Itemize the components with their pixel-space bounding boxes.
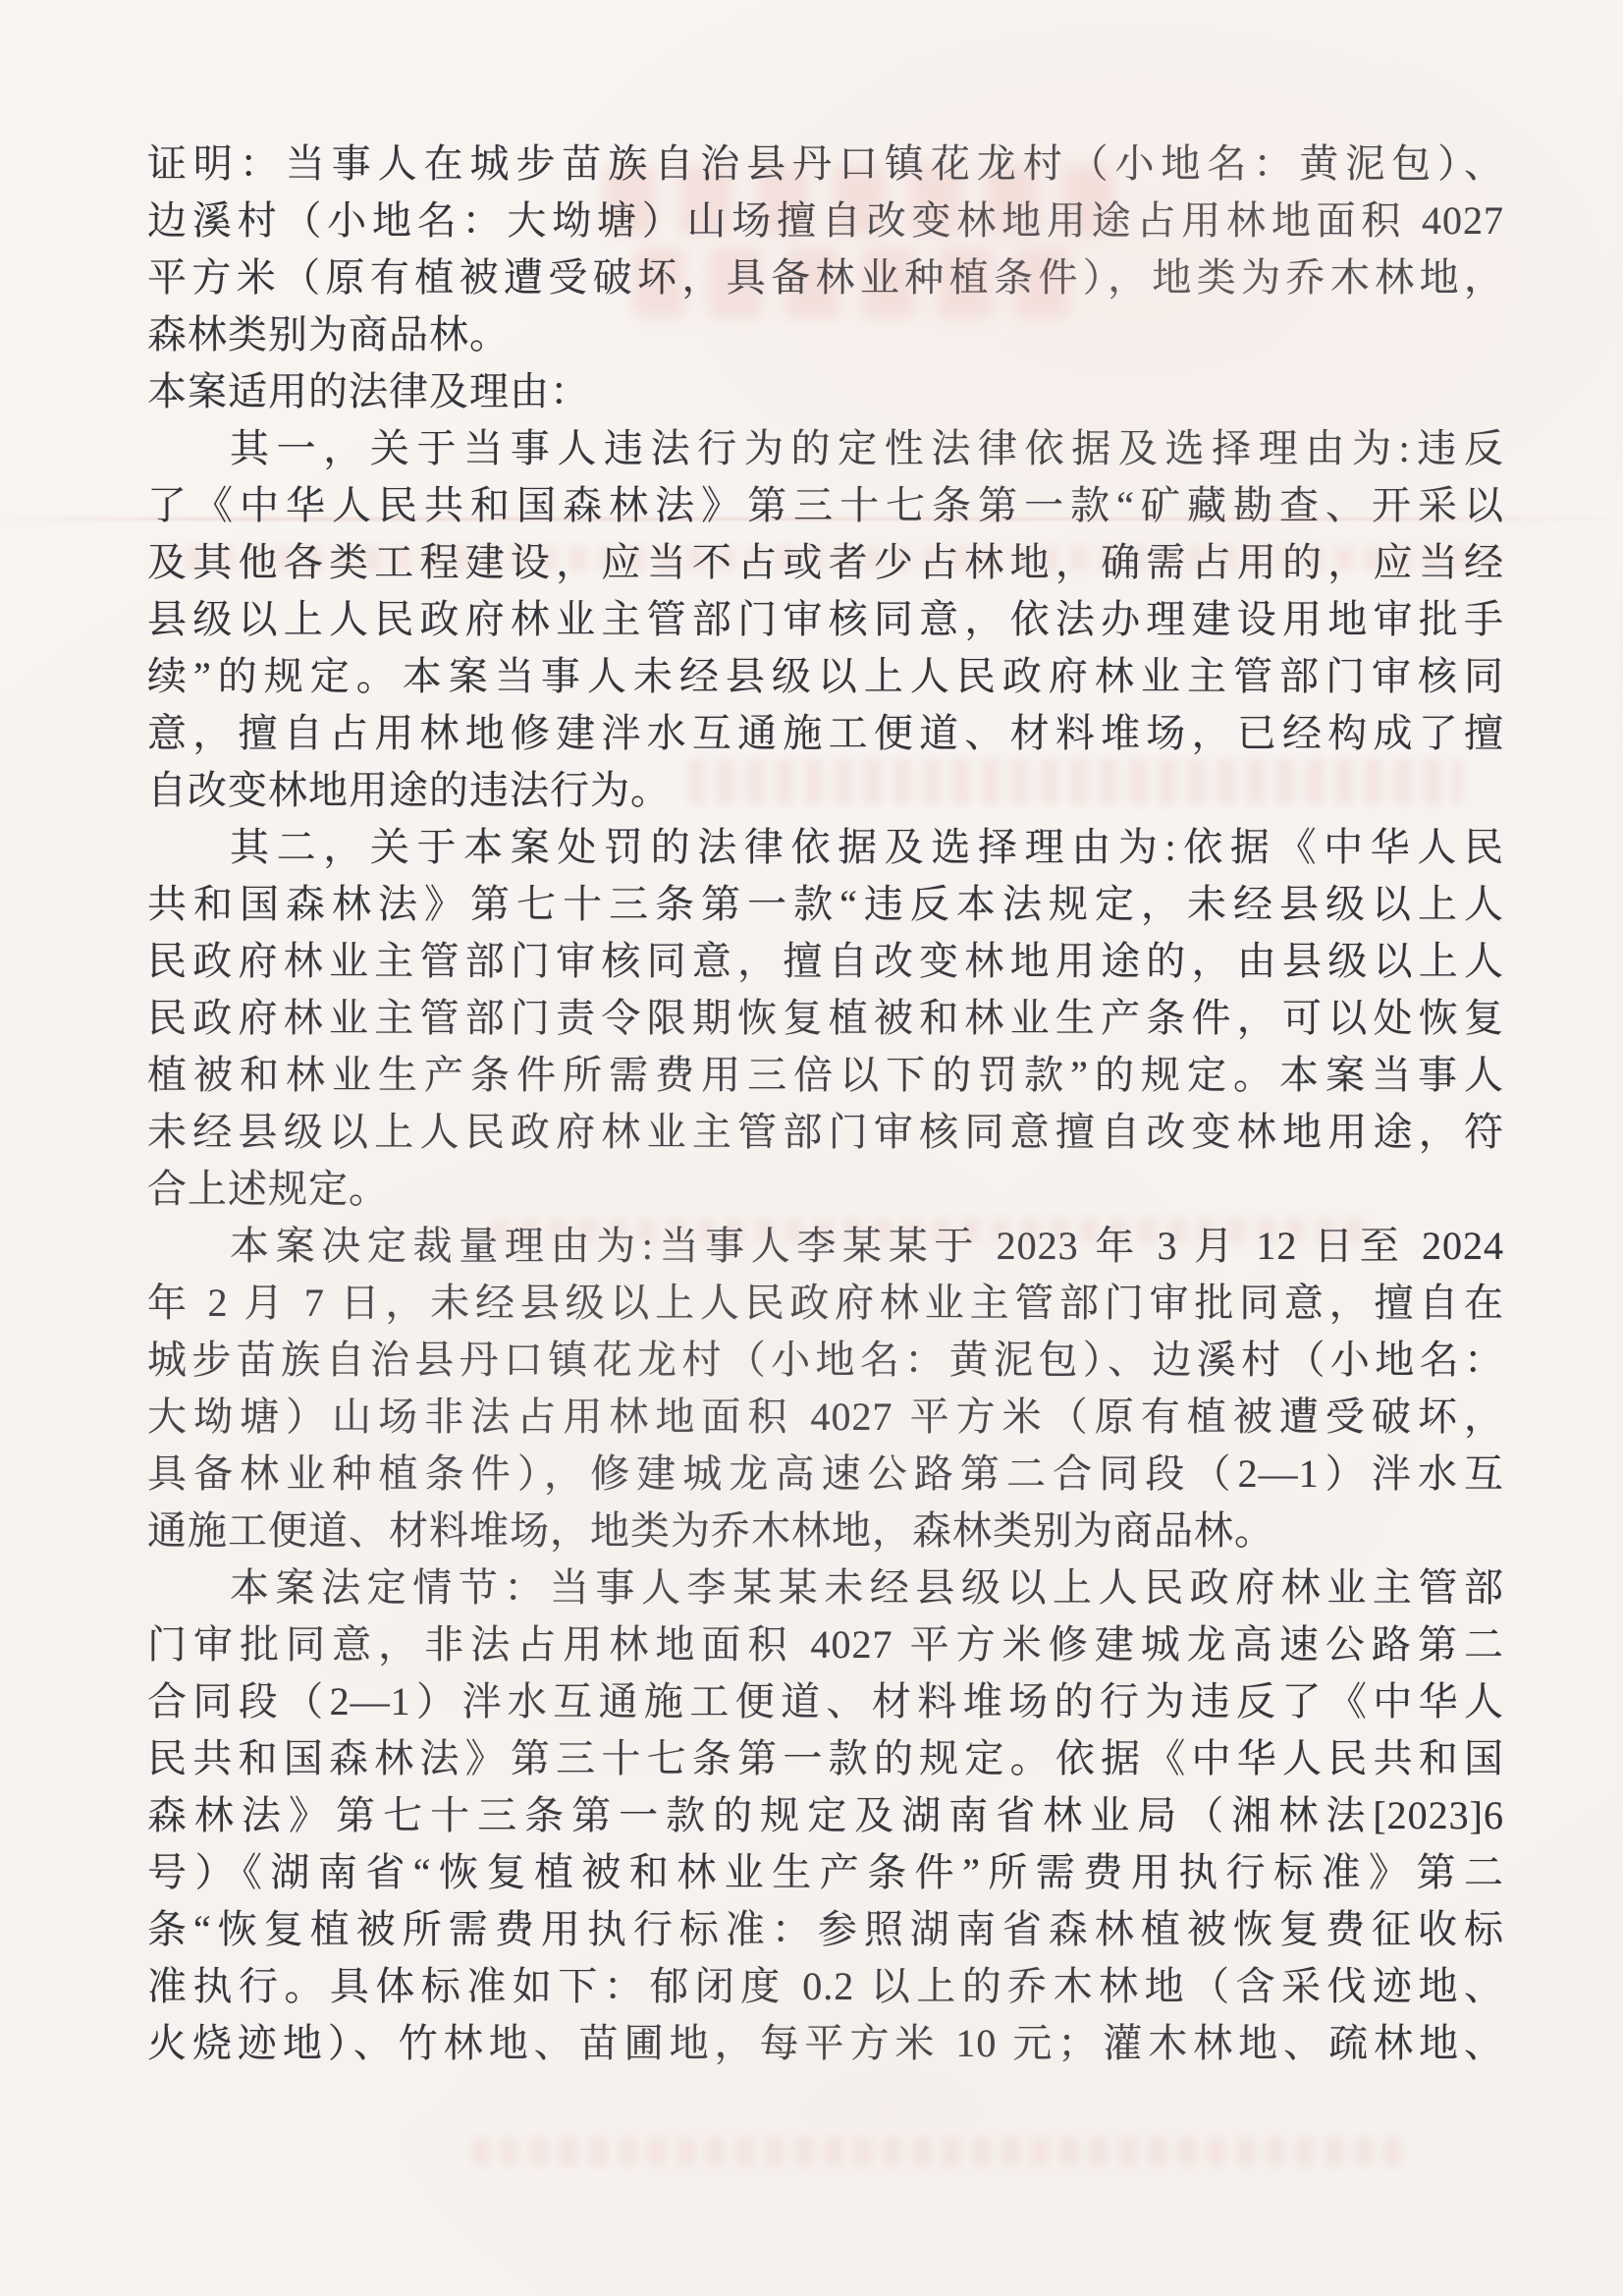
text-line: 证明：当事人在城步苗族自治县丹口镇花龙村（小地名：黄泥包）、 [147,136,1504,192]
text-line: 合同段（2—1）泮水互通施工便道、材料堆场的行为违反了《中华人 [147,1673,1504,1730]
text-line: 自改变林地用途的违法行为。 [147,762,1504,819]
text-line: 森林法》第七十三条第一款的规定及湖南省林业局（湘林法[2023]6 [147,1787,1504,1844]
text-line: 了《中华人民共和国森林法》第三十七条第一款“矿藏勘查、开采以 [147,477,1504,534]
text-line: 大坳塘）山场非法占用林地面积 4027 平方米（原有植被遭受破坏， [147,1389,1504,1446]
text-line: 边溪村（小地名：大坳塘）山场擅自改变林地用途占用林地面积 4027 [147,192,1504,249]
text-line: 植被和林业生产条件所需费用三倍以下的罚款”的规定。本案当事人 [147,1047,1504,1104]
text-line: 民政府林业主管部门审核同意，擅自改变林地用途的，由县级以上人 [147,933,1504,990]
text-line: 续”的规定。本案当事人未经县级以上人民政府林业主管部门审核同 [147,648,1504,705]
text-line: 通施工便道、材料堆场，地类为乔木林地，森林类别为商品林。 [147,1503,1504,1559]
text-line: 门审批同意，非法占用林地面积 4027 平方米修建城龙高速公路第二 [147,1616,1504,1673]
text-line: 本案适用的法律及理由： [147,363,1504,420]
text-line: 森林类别为商品林。 [147,306,1504,363]
text-line: 意，擅自占用林地修建泮水互通施工便道、材料堆场，已经构成了擅 [147,705,1504,762]
text-line: 号）《湖南省“恢复植被和林业生产条件”所需费用执行标准》第二 [147,1844,1504,1901]
document-page: 证明：当事人在城步苗族自治县丹口镇花龙村（小地名：黄泥包）、边溪村（小地名：大坳… [0,0,1623,2296]
text-line: 民政府林业主管部门责令限期恢复植被和林业生产条件，可以处恢复 [147,990,1504,1047]
text-line: 其二，关于本案处罚的法律依据及选择理由为:依据《中华人民 [147,819,1504,876]
text-line: 平方米（原有植被遭受破坏，具备林业种植条件），地类为乔木林地， [147,249,1504,306]
text-line: 准执行。具体标准如下：郁闭度 0.2 以上的乔木林地（含采伐迹地、 [147,1958,1504,2015]
text-line: 县级以上人民政府林业主管部门审核同意，依法办理建设用地审批手 [147,591,1504,648]
text-line: 民共和国森林法》第三十七条第一款的规定。依据《中华人民共和国 [147,1730,1504,1787]
text-line: 年 2 月 7 日，未经县级以上人民政府林业主管部门审批同意，擅自在 [147,1275,1504,1332]
text-line: 城步苗族自治县丹口镇花龙村（小地名：黄泥包）、边溪村（小地名： [147,1332,1504,1389]
text-line: 及其他各类工程建设，应当不占或者少占林地，确需占用的，应当经 [147,534,1504,591]
text-line: 火烧迹地）、竹林地、苗圃地，每平方米 10 元；灌木林地、疏林地、 [147,2015,1504,2072]
bleed-artifact-row-4 [471,2137,1404,2166]
text-line: 合上述规定。 [147,1161,1504,1218]
text-line: 本案法定情节：当事人李某某未经县级以上人民政府林业主管部 [147,1559,1504,1616]
text-line: 条“恢复植被所需费用执行标准：参照湖南省森林植被恢复费征收标 [147,1901,1504,1958]
text-line: 具备林业种植条件），修建城龙高速公路第二合同段（2—1）泮水互 [147,1446,1504,1503]
text-line: 本案决定裁量理由为:当事人李某某于 2023 年 3 月 12 日至 2024 [147,1218,1504,1275]
text-line: 未经县级以上人民政府林业主管部门审核同意擅自改变林地用途，符 [147,1104,1504,1161]
document-text-block: 证明：当事人在城步苗族自治县丹口镇花龙村（小地名：黄泥包）、边溪村（小地名：大坳… [147,136,1504,2072]
text-line: 其一，关于当事人违法行为的定性法律依据及选择理由为:违反 [147,420,1504,477]
text-line: 共和国森林法》第七十三条第一款“违反本法规定，未经县级以上人 [147,876,1504,933]
